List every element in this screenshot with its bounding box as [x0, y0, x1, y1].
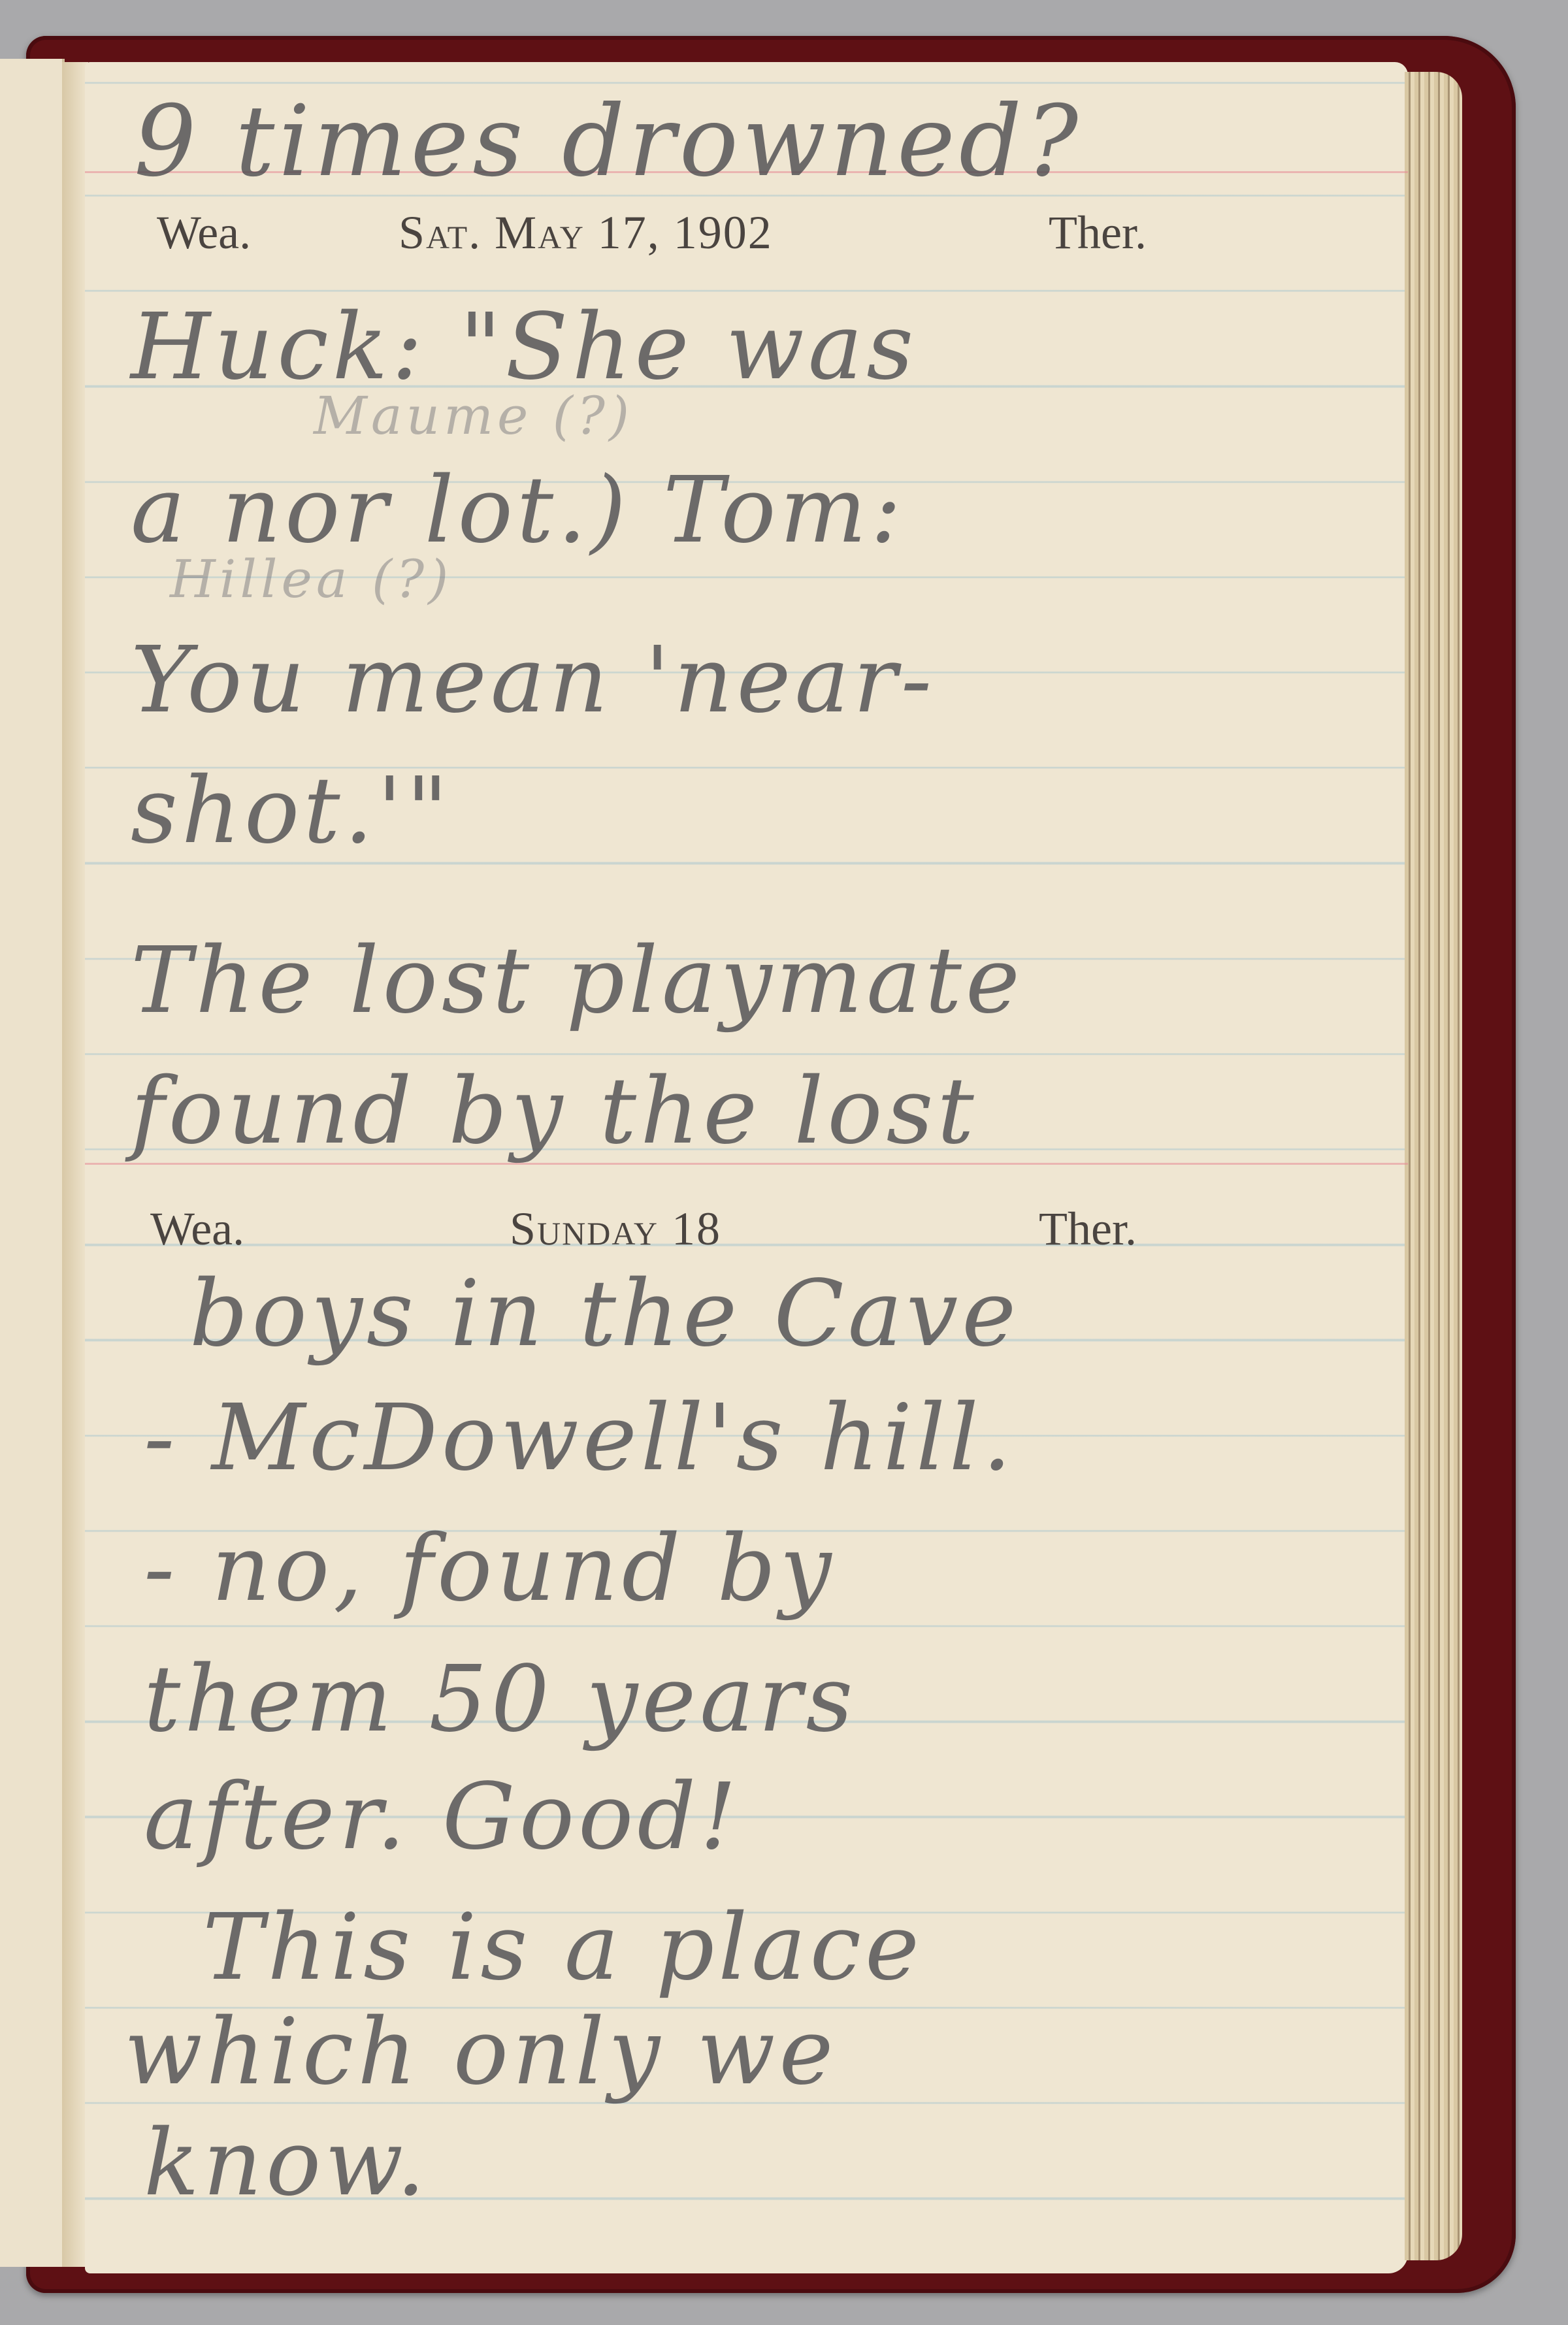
handwritten-line: - McDowell's hill. [144, 1385, 1015, 1491]
handwritten-top-note: 9 times drowned? [134, 85, 1082, 199]
entry-date: Sat. May 17, 1902 [399, 206, 773, 260]
handwritten-interlinear: Hillea (?) [170, 549, 452, 610]
entry-date: Sunday 18 [510, 1202, 721, 1256]
handwritten-line: Huck: "She was [131, 294, 917, 400]
handwritten-line: a nor lot.) Tom: [131, 457, 906, 564]
handwritten-line: found by the lost [131, 1058, 978, 1165]
handwritten-line: The lost playmate [131, 928, 1024, 1034]
entry-header-sunday-18: Wea. Sunday 18 Ther. [157, 1202, 1202, 1254]
thermometer-label: Ther. [1039, 1202, 1137, 1256]
book-gutter [62, 62, 88, 2267]
handwritten-interlinear: Maume (?) [314, 385, 633, 446]
handwritten-line: You mean 'near- [131, 627, 936, 734]
page-fore-edge [1405, 72, 1462, 2260]
handwritten-line: after. Good! [144, 1764, 740, 1870]
weather-label: Wea. [157, 206, 251, 260]
handwritten-line: boys in the Cave [189, 1261, 1020, 1367]
handwritten-line: which only we [124, 1999, 837, 2106]
handwritten-line: This is a place [203, 1894, 923, 2001]
handwritten-line: them 50 years [144, 1646, 857, 1753]
handwritten-line: shot.'" [131, 758, 452, 864]
weather-label: Wea. [150, 1202, 244, 1256]
handwritten-line: know. [144, 2110, 429, 2217]
entry-header-may-17: Wea. Sat. May 17, 1902 Ther. [157, 206, 1202, 258]
left-page-edge [0, 59, 65, 2267]
thermometer-label: Ther. [1049, 206, 1147, 260]
handwritten-line: - no, found by [144, 1516, 836, 1622]
